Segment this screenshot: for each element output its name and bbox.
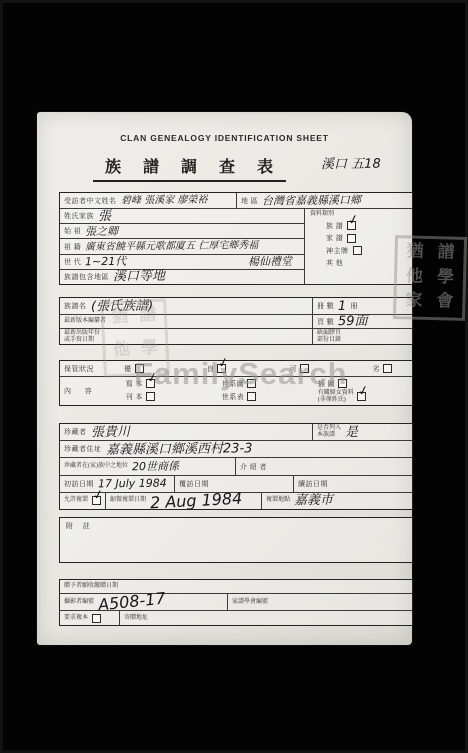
checkbox bbox=[92, 614, 101, 623]
introducer-cell: 介 紹 者 bbox=[235, 458, 412, 474]
area-value: 台灣省嘉義縣溪口鄉 bbox=[262, 194, 361, 206]
volumes-unit: 冊 bbox=[351, 301, 359, 311]
interviewee-cell: 受訪者中文姓名 碧峰 張溪家 廖榮裕 bbox=[60, 193, 236, 208]
first-visit-cell: 初訪日期 17 July 1984 bbox=[60, 476, 174, 492]
content-option: 世系圖 bbox=[222, 379, 318, 389]
condition-option: 可 bbox=[290, 364, 310, 374]
data-category-column: 資料類別 族 譜 ✓ 家 譜 神主牌 其 他 bbox=[304, 209, 412, 284]
founder-cell: 始 祖 張之卿 bbox=[60, 224, 122, 238]
holder-label: 珍藏者 bbox=[64, 427, 87, 437]
first-visit-value: 17 July 1984 bbox=[98, 478, 167, 490]
footer-table: 贈予者願收繳贈日期 攝影者編號 A508-17 家譜學會編號 要求複本 寄贈地 bbox=[59, 579, 413, 626]
film-date-cell: 縮微複製日期 2 Aug 1984 bbox=[105, 493, 261, 509]
permission-cell: 允許複製 ✓ bbox=[60, 493, 105, 509]
content-option: 寫 本 ✓ bbox=[126, 379, 222, 389]
volumes-cell: 冊 數 1 冊 bbox=[312, 298, 412, 314]
position-label: 珍藏者在(家)族中之地位 bbox=[64, 463, 128, 470]
title-wrap: 族 譜 調 查 表 bbox=[37, 154, 342, 182]
film-place-label: 複製地點 bbox=[266, 497, 290, 504]
condition-option: 優 bbox=[124, 364, 144, 374]
checkbox bbox=[247, 379, 256, 388]
origin-value: 廣東省饒平縣元歌都廈五 仁厚宅鄉秀福 bbox=[85, 241, 258, 253]
notes-label: 附 註 bbox=[60, 518, 94, 531]
content-option: 世系表 bbox=[222, 390, 318, 404]
film-place-value: 嘉義市 bbox=[294, 494, 333, 507]
condition-row: 保管狀況 優 良 ✓ 可 bbox=[60, 361, 412, 376]
checkbox: ✓ bbox=[92, 496, 101, 505]
condition-content-table: 保管狀況 優 良 ✓ 可 bbox=[59, 360, 413, 406]
notes-table: 附 註 bbox=[59, 517, 413, 563]
checkmark-icon: ✓ bbox=[92, 488, 105, 503]
society-number-label: 家譜學會編號 bbox=[232, 599, 268, 606]
checkbox: ✓ bbox=[357, 392, 366, 401]
checkbox bbox=[338, 379, 347, 388]
founder-label: 始 祖 bbox=[64, 226, 81, 236]
category-item-label: 神主牌 bbox=[326, 246, 349, 256]
address-value: 嘉義縣溪口鄉溪西村23-3 bbox=[105, 442, 252, 457]
generations-label: 世 代 bbox=[64, 257, 81, 267]
area-cell: 地 區 台灣省嘉義縣溪口鄉 bbox=[236, 193, 412, 208]
listed-value: 是 bbox=[345, 426, 358, 439]
coverage-value: 溪口等地 bbox=[113, 270, 165, 284]
next-visit-cell: 續訪日期 bbox=[293, 476, 412, 492]
mail-address-label: 寄贈地址 bbox=[124, 615, 148, 622]
listed-label: 是否列入 本族譜 bbox=[317, 425, 341, 439]
pubyear-label: 最新出版年份 或手寫日期 bbox=[64, 330, 100, 344]
checkbox bbox=[383, 364, 392, 373]
origin-label: 祖 籍 bbox=[64, 242, 81, 252]
content-option: 刊 本 bbox=[126, 390, 222, 404]
volumes-value: 1 bbox=[338, 299, 346, 312]
table-row: 受訪者中文姓名 碧峰 張溪家 廖榮裕 地 區 台灣省嘉義縣溪口鄉 bbox=[60, 193, 412, 208]
missing-pages-label: 缺漏膠頁 部份目錄 bbox=[317, 330, 341, 344]
category-item-label: 家 譜 bbox=[326, 233, 343, 243]
checkbox: ✓ bbox=[217, 364, 226, 373]
hall-note: 楊仙禮堂 bbox=[248, 256, 292, 267]
coverage-cell: 族譜包含地區 溪口等地 bbox=[60, 270, 169, 284]
book-info-table: 族譜名 (張氏族譜) 冊 數 1 冊 最新版本編纂者 頁 數 59面 bbox=[59, 297, 413, 345]
permission-label: 允許複製 bbox=[64, 497, 88, 504]
content-label: 內 容 bbox=[64, 386, 98, 396]
photographer-label: 攝影者編號 bbox=[64, 599, 94, 606]
pages-cell: 頁 數 59面 bbox=[312, 315, 412, 328]
condition-label: 保管狀況 bbox=[64, 364, 94, 374]
microfilm-frame: CLAN GENEALOGY IDENTIFICATION SHEET 族 譜 … bbox=[0, 0, 468, 753]
compiler-label: 最新版本編纂者 bbox=[64, 318, 106, 325]
position-cell: 珍藏者在(家)族中之地位 20世商係 bbox=[60, 458, 235, 474]
address-label: 珍藏者住址 bbox=[64, 444, 102, 454]
category-item-label: 族 譜 bbox=[326, 221, 343, 231]
category-header: 資料類別 bbox=[310, 211, 407, 218]
copy-request-label: 要求複本 bbox=[64, 615, 88, 622]
category-item: 其 他 bbox=[310, 258, 407, 268]
film-date-value: 2 Aug 1984 bbox=[150, 491, 243, 512]
category-item: 族 譜 ✓ bbox=[310, 221, 407, 231]
checkmark-icon: ✓ bbox=[217, 356, 230, 371]
next-visit-label: 續訪日期 bbox=[298, 479, 328, 489]
condition-option: 劣 bbox=[372, 364, 392, 374]
surname-value: 張 bbox=[98, 210, 111, 223]
listed-cell: 是否列入 本族譜 是 bbox=[312, 424, 412, 440]
checkbox bbox=[247, 392, 256, 401]
holder-table: 珍藏者 張貴川 是否列入 本族譜 是 珍藏者住址 嘉義縣溪口鄉溪西村23-3 bbox=[59, 423, 413, 510]
form-title: 族 譜 調 查 表 bbox=[93, 154, 286, 182]
pages-label: 頁 數 bbox=[317, 317, 334, 327]
category-item: 神主牌 bbox=[310, 246, 407, 256]
genealogy-form-sheet: CLAN GENEALOGY IDENTIFICATION SHEET 族 譜 … bbox=[37, 112, 412, 645]
origin-cell: 祖 籍 廣東省饒平縣元歌都廈五 仁厚宅鄉秀福 bbox=[60, 239, 262, 253]
society-number-cell: 家譜學會編號 bbox=[227, 594, 412, 610]
checkmark-icon: ✓ bbox=[357, 384, 370, 399]
condition-option: 良 ✓ bbox=[207, 364, 227, 374]
clan-fields: 姓氏家族 張 始 祖 張之卿 祖 籍 廣東省饒平縣元歌都廈五 仁厚宅 bbox=[60, 209, 304, 284]
pubyear-cell: 最新出版年份 或手寫日期 bbox=[60, 329, 312, 344]
missing-pages-cell: 缺漏膠頁 部份目錄 bbox=[312, 329, 412, 344]
checkbox bbox=[300, 364, 309, 373]
checkbox bbox=[347, 234, 356, 243]
interviewee-value: 碧峰 張溪家 廖榮裕 bbox=[120, 195, 206, 206]
donor-label: 贈予者願收繳贈日期 bbox=[64, 583, 118, 590]
handwritten-page-note: 溪口 五18 bbox=[321, 158, 381, 172]
film-place-cell: 複製地點 嘉義市 bbox=[261, 493, 412, 509]
content-option: 有關婦女資料 (非僅姓氏) ✓ bbox=[318, 390, 414, 404]
coverage-label: 族譜包含地區 bbox=[64, 272, 109, 282]
book-title-value: (張氏族譜) bbox=[90, 299, 152, 313]
content-row: 內 容 寫 本 ✓ 世系圖 插 圖 bbox=[60, 377, 412, 405]
surname-label: 姓氏家族 bbox=[64, 211, 94, 221]
checkbox bbox=[135, 364, 144, 373]
checkbox: ✓ bbox=[347, 221, 356, 230]
holder-value: 張貴川 bbox=[90, 425, 129, 438]
position-value: 20世商係 bbox=[132, 461, 179, 472]
checkbox: ✓ bbox=[146, 379, 155, 388]
area-label: 地 區 bbox=[241, 196, 258, 206]
generations-value: 1~21代 bbox=[85, 256, 126, 267]
address-cell: 珍藏者住址 嘉義縣溪口鄉溪西村23-3 bbox=[60, 441, 412, 457]
compiler-cell: 最新版本編纂者 bbox=[60, 315, 312, 328]
holder-cell: 珍藏者 張貴川 bbox=[60, 424, 312, 440]
volumes-label: 冊 數 bbox=[317, 301, 334, 311]
book-title-label: 族譜名 bbox=[64, 301, 87, 311]
book-title-cell: 族譜名 (張氏族譜) bbox=[60, 298, 312, 314]
revisit-label: 覆訪日期 bbox=[179, 479, 209, 489]
sheet-english-header: CLAN GENEALOGY IDENTIFICATION SHEET bbox=[37, 133, 412, 143]
clan-info-table: 受訪者中文姓名 碧峰 張溪家 廖榮裕 地 區 台灣省嘉義縣溪口鄉 姓氏家族 張 bbox=[59, 192, 413, 285]
first-visit-label: 初訪日期 bbox=[64, 479, 94, 489]
checkbox bbox=[146, 392, 155, 401]
category-item-label: 其 他 bbox=[326, 258, 343, 268]
generations-cell: 世 代 1~21代 楊仙禮堂 bbox=[60, 255, 304, 269]
surname-cell: 姓氏家族 張 bbox=[60, 209, 115, 223]
donor-cell: 贈予者願收繳贈日期 bbox=[60, 580, 412, 593]
checkbox bbox=[353, 246, 362, 255]
interviewee-label: 受訪者中文姓名 bbox=[64, 196, 117, 206]
founder-value: 張之卿 bbox=[85, 226, 118, 237]
pages-value: 59面 bbox=[338, 315, 368, 328]
category-item: 家 譜 bbox=[310, 233, 407, 243]
film-date-label: 縮微複製日期 bbox=[110, 497, 146, 504]
photographer-cell: 攝影者編號 A508-17 bbox=[60, 594, 227, 610]
introducer-label: 介 紹 者 bbox=[240, 462, 267, 472]
mail-address-cell: 寄贈地址 bbox=[119, 611, 412, 625]
